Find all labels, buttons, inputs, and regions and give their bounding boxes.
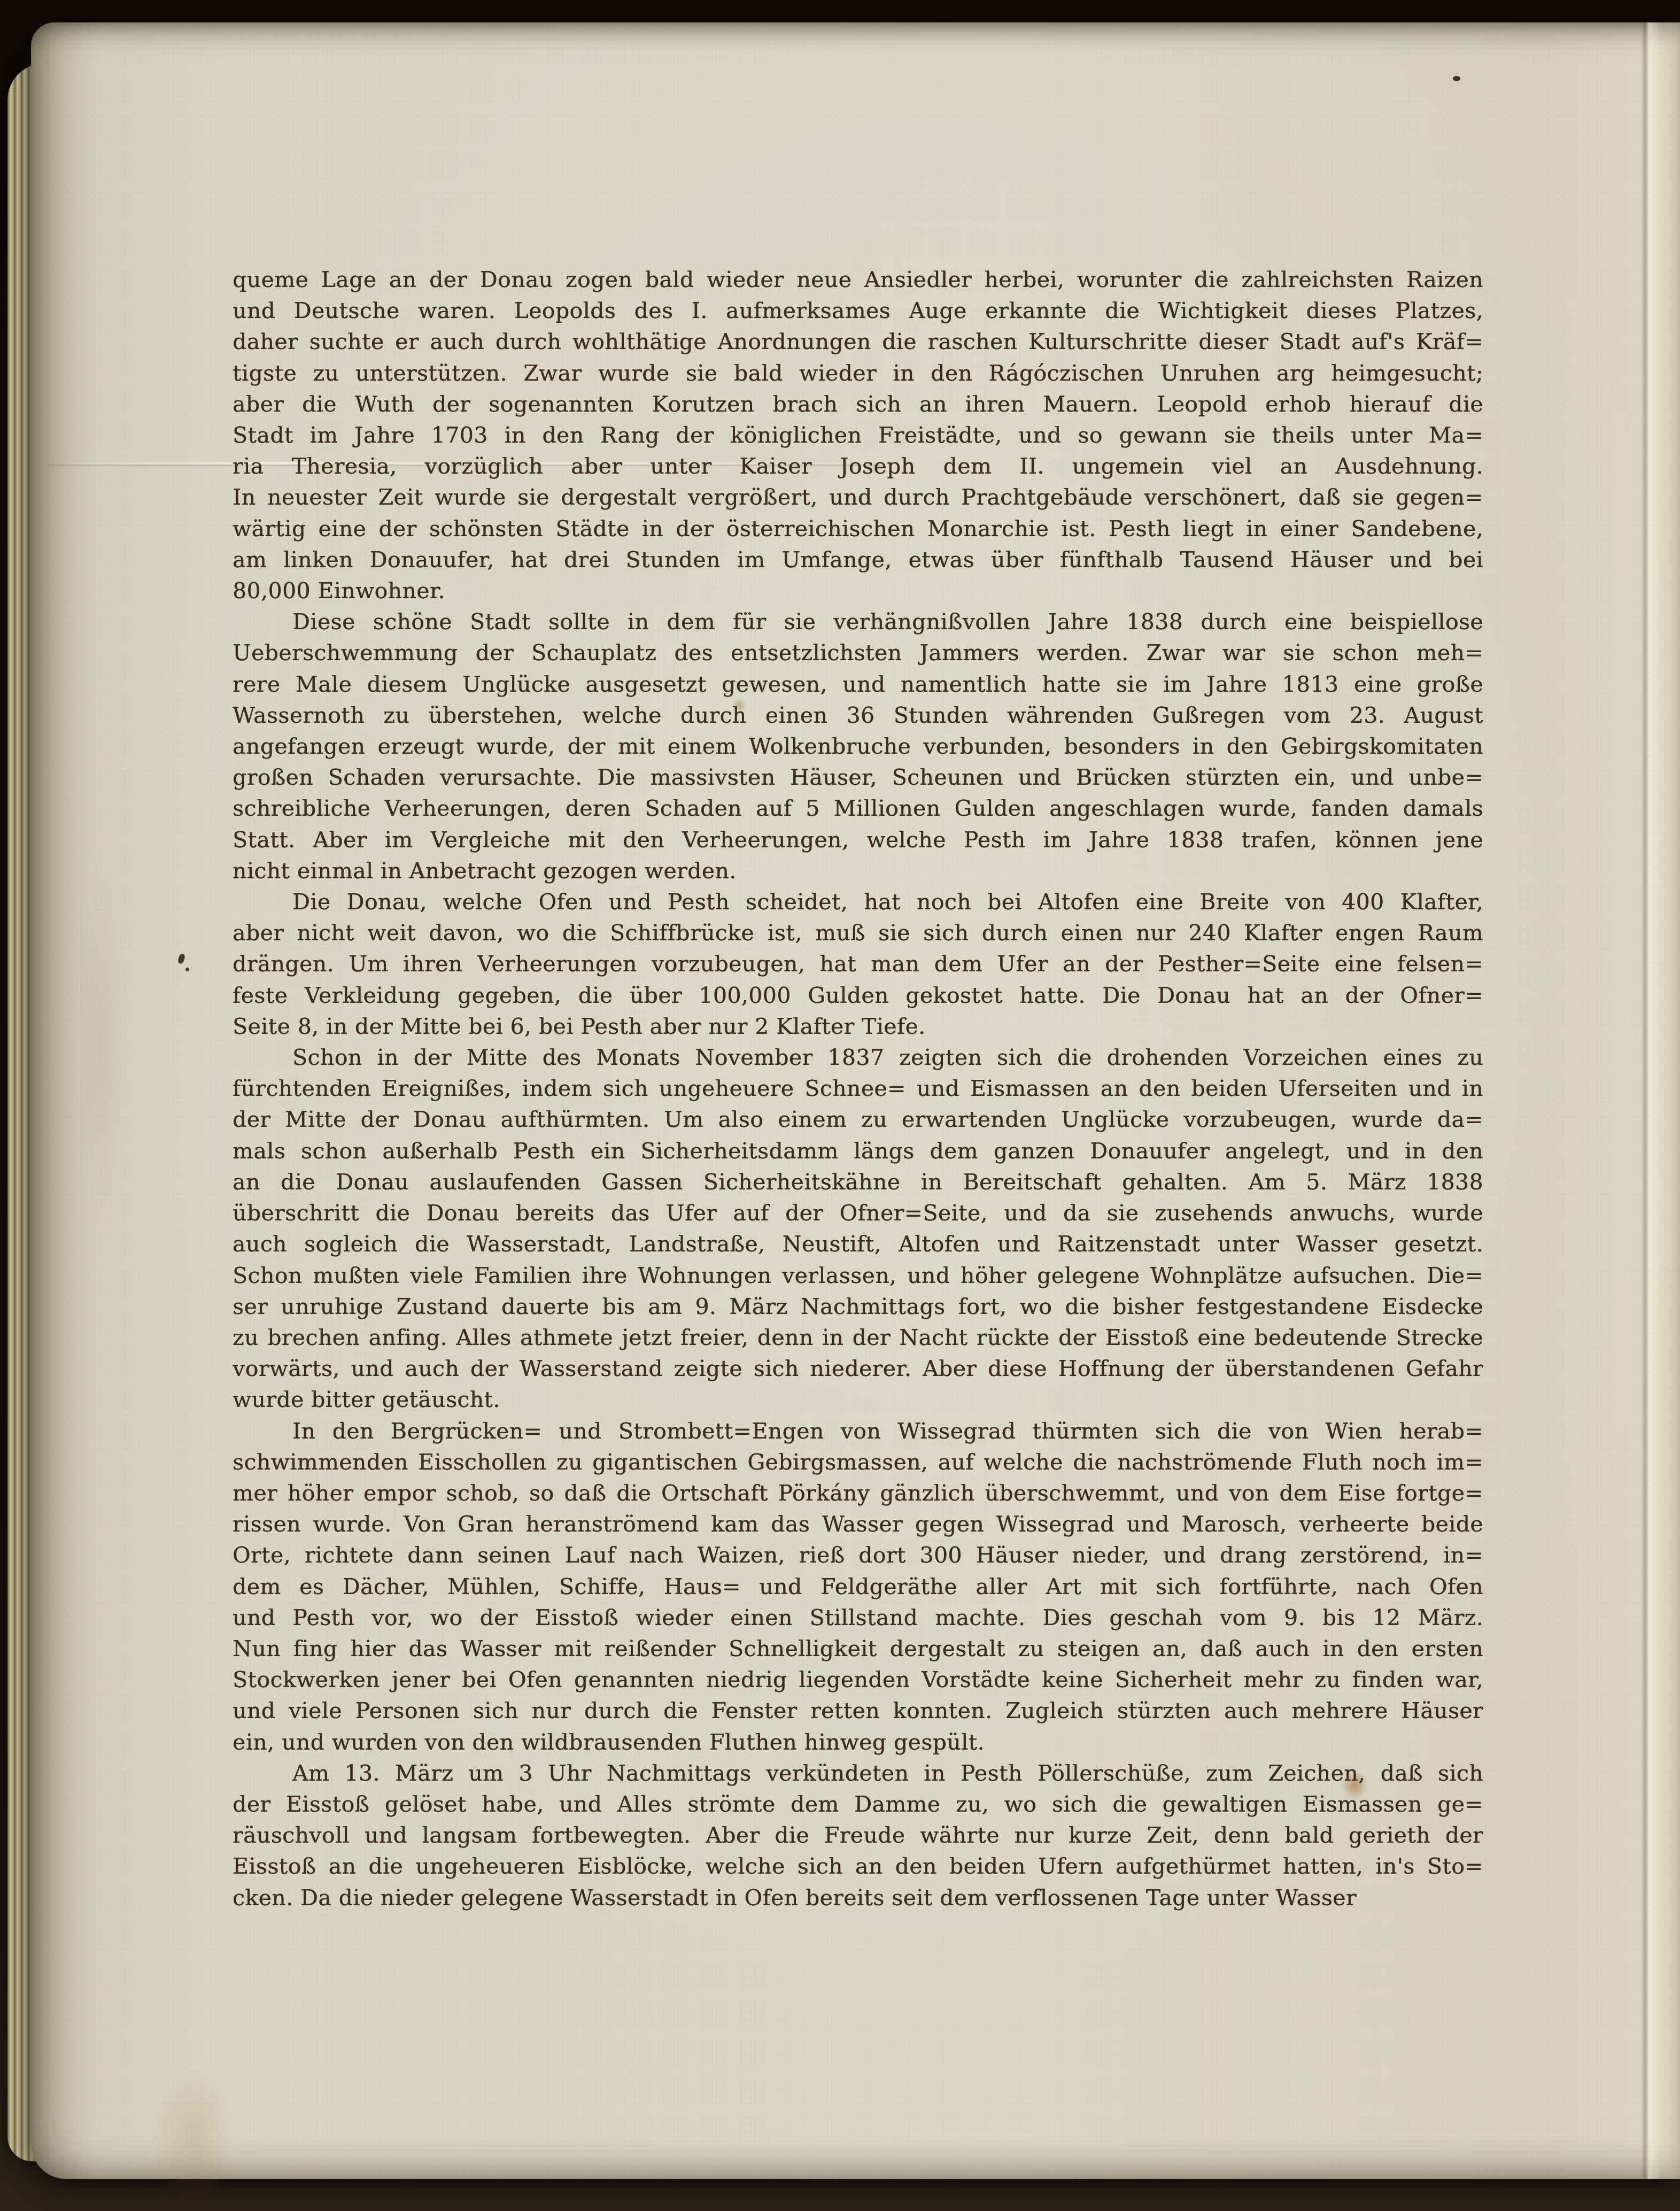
- text-line: auch sogleich die Wasserstadt, Landstraß…: [233, 1228, 1483, 1259]
- text-line: drängen. Um ihren Verheerungen vorzubeug…: [233, 948, 1483, 979]
- text-line: 80,000 Einwohner.: [233, 575, 1483, 606]
- text-line: Schon in der Mitte des Monats November 1…: [233, 1042, 1483, 1073]
- text-line: rissen wurde. Von Gran heranströmend kam…: [233, 1509, 1483, 1540]
- text-line: In den Bergrücken= und Strombett=Engen v…: [233, 1416, 1483, 1447]
- text-line: Orte, richtete dann seinen Lauf nach Wai…: [233, 1540, 1483, 1571]
- text-line: ser unruhige Zustand dauerte bis am 9. M…: [233, 1291, 1483, 1322]
- text-line: feste Verkleidung gegeben, die über 100,…: [233, 980, 1483, 1011]
- stain: [154, 2070, 234, 2209]
- text-line: mals schon außerhalb Pesth ein Sicherhei…: [233, 1135, 1483, 1166]
- text-line: ein, und wurden von den wildbrausenden F…: [233, 1727, 1483, 1758]
- text-line: Diese schöne Stadt sollte in dem für sie…: [233, 606, 1483, 637]
- text-line: und viele Personen sich nur durch die Fe…: [233, 1695, 1483, 1726]
- page-fold-crease: [1641, 22, 1680, 2179]
- text-line: wurde bitter getäuscht.: [233, 1384, 1483, 1415]
- scanner-background: { "colors": { "paper": "#d8d4c2", "ink":…: [0, 0, 1680, 2211]
- text-line: zu brechen anfing. Alles athmete jetzt f…: [233, 1322, 1483, 1353]
- text-line: schreibliche Verheerungen, deren Schaden…: [233, 793, 1483, 824]
- text-line: am linken Donauufer, hat drei Stunden im…: [233, 544, 1483, 575]
- text-line: und Deutsche waren. Leopolds des I. aufm…: [233, 295, 1483, 326]
- text-line: Ueberschwemmung der Schauplatz des entse…: [233, 637, 1483, 668]
- ink-speck: [177, 953, 185, 964]
- text-line: queme Lage an der Donau zogen bald wiede…: [233, 264, 1483, 295]
- text-line: cken. Da die nieder gelegene Wasserstadt…: [233, 1882, 1483, 1913]
- ink-speck: [185, 968, 189, 971]
- text-line: Eisstoß an die ungeheueren Eisblöcke, we…: [233, 1851, 1483, 1882]
- text-line: In neuester Zeit wurde sie dergestalt ve…: [233, 482, 1483, 513]
- text-line: daher suchte er auch durch wohlthätige A…: [233, 326, 1483, 357]
- text-line: ria Theresia, vorzüglich aber unter Kais…: [233, 451, 1483, 482]
- text-line: Die Donau, welche Ofen und Pesth scheide…: [233, 886, 1483, 917]
- text-line: aber die Wuth der sogenannten Korutzen b…: [233, 389, 1483, 420]
- text-block: queme Lage an der Donau zogen bald wiede…: [233, 264, 1483, 1913]
- text-line: Statt. Aber im Vergleiche mit den Verhee…: [233, 824, 1483, 855]
- text-line: wärtig eine der schönsten Städte in der …: [233, 513, 1483, 544]
- text-line: an die Donau auslaufenden Gassen Sicherh…: [233, 1166, 1483, 1197]
- text-line: nicht einmal in Anbetracht gezogen werde…: [233, 855, 1483, 886]
- text-line: der Eisstoß gelöset habe, und Alles strö…: [233, 1789, 1483, 1820]
- text-line: mer höher empor schob, so daß die Ortsch…: [233, 1478, 1483, 1509]
- text-line: Stadt im Jahre 1703 in den Rang der köni…: [233, 420, 1483, 451]
- text-line: tigste zu unterstützen. Zwar wurde sie b…: [233, 358, 1483, 389]
- text-line: Seite 8, in der Mitte bei 6, bei Pesth a…: [233, 1011, 1483, 1042]
- text-line: fürchtenden Ereignißes, indem sich ungeh…: [233, 1073, 1483, 1104]
- book-page: queme Lage an der Donau zogen bald wiede…: [31, 22, 1680, 2179]
- text-line: Wassernoth zu überstehen, welche durch e…: [233, 700, 1483, 731]
- text-line: und Pesth vor, wo der Eisstoß wieder ein…: [233, 1602, 1483, 1633]
- text-line: schwimmenden Eisschollen zu gigantischen…: [233, 1447, 1483, 1478]
- text-line: vorwärts, und auch der Wasserstand zeigt…: [233, 1353, 1483, 1384]
- text-line: großen Schaden verursachte. Die massivst…: [233, 762, 1483, 793]
- text-line: dem es Dächer, Mühlen, Schiffe, Haus= un…: [233, 1571, 1483, 1602]
- text-line: räuschvoll und langsam fortbewegten. Abe…: [233, 1820, 1483, 1851]
- text-line: überschritt die Donau bereits das Ufer a…: [233, 1197, 1483, 1228]
- text-line: aber nicht weit davon, wo die Schiffbrüc…: [233, 917, 1483, 948]
- text-line: der Mitte der Donau aufthürmten. Um also…: [233, 1104, 1483, 1135]
- ink-speck: [1453, 76, 1460, 81]
- stain: [79, 856, 122, 1231]
- text-line: rere Male diesem Unglücke ausgesetzt gew…: [233, 669, 1483, 700]
- text-line: Stockwerken jener bei Ofen genannten nie…: [233, 1664, 1483, 1695]
- text-line: angefangen erzeugt wurde, der mit einem …: [233, 731, 1483, 762]
- text-line: Schon mußten viele Familien ihre Wohnung…: [233, 1260, 1483, 1291]
- text-line: Nun fing hier das Wasser mit reißender S…: [233, 1633, 1483, 1664]
- text-line: Am 13. März um 3 Uhr Nachmittags verkünd…: [233, 1758, 1483, 1789]
